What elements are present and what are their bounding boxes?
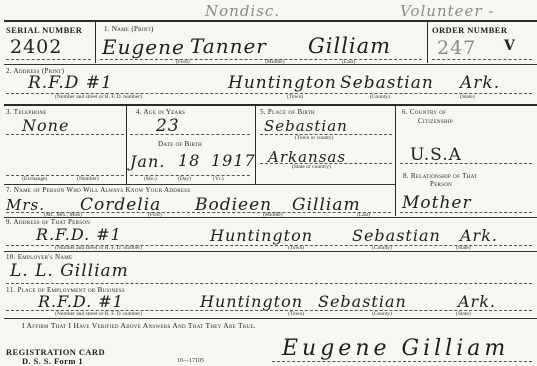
registration-card: Nondisc. Volunteer - SERIAL NUMBER 1. Na… [0, 0, 537, 366]
state-sublabel: (State) [460, 94, 475, 100]
address-county-value: Sebastian [340, 73, 434, 93]
divider [4, 318, 537, 319]
employment-county-value: Sebastian [318, 292, 407, 311]
divider [4, 251, 537, 252]
town-or-county-sublabel: (Town or county) [295, 135, 333, 141]
contact-person-label: 7. Name of Person Who Will Always Know Y… [6, 186, 190, 194]
entry-line [6, 59, 91, 60]
address-state-value: Ark. [460, 73, 500, 93]
divider [427, 20, 428, 63]
form-id: D. S. S. Form 1 [22, 356, 83, 366]
entry-line [6, 283, 532, 284]
employer-name-label: 10. Employer's Name [6, 253, 72, 261]
signature-value: Eugene Gilliam [282, 336, 509, 361]
country-of-citizenship-label-2: Citizenship [418, 117, 453, 125]
order-number-mark: V [504, 38, 516, 54]
age-value: 23 [156, 116, 180, 136]
name-middle-value: Tanner [190, 34, 267, 58]
serial-number-value: 2402 [10, 36, 62, 58]
day-sublabel: (Day) [178, 176, 191, 182]
contact-county-value: Sebastian [352, 226, 441, 245]
entry-line [400, 163, 532, 164]
signature-line [272, 361, 532, 362]
citizenship-value: U.S.A [410, 145, 462, 165]
contact-street-value: R.F.D. #1 [36, 225, 122, 244]
dob-day-value: 18 [178, 151, 200, 170]
order-number-label: ORDER NUMBER [432, 25, 507, 35]
divider [4, 64, 537, 65]
telephone-label: 3. Telephone [6, 108, 47, 116]
address-street-value: R.F.D #1 [28, 73, 113, 93]
entry-line [6, 134, 124, 135]
relationship-label: 8. Relationship of That [403, 172, 477, 180]
annotation-nondisc: Nondisc. [205, 2, 280, 20]
entry-line [130, 134, 250, 135]
divider [4, 20, 537, 22]
street-sublabel-employment: (Number and street or R. F. D. number) [55, 311, 142, 317]
name-label: 1. Name (Print) [104, 25, 154, 33]
county-sublabel-employment: (County) [372, 311, 392, 317]
divider [95, 20, 96, 63]
employment-state-value: Ark. [458, 292, 496, 311]
divider [4, 184, 395, 185]
birth-town-value: Sebastian [264, 117, 348, 135]
serial-number-label: SERIAL NUMBER [6, 25, 82, 35]
divider [126, 104, 127, 184]
place-of-birth-label: 5. Place of Birth [260, 108, 315, 116]
divider [255, 104, 256, 184]
town-sublabel: (Town) [287, 94, 303, 100]
mo-sublabel: (Mo.) [144, 176, 157, 182]
divider [395, 104, 396, 216]
date-of-birth-label: Date of Birth [158, 140, 202, 148]
yr-sublabel: (Yr.) [213, 176, 224, 182]
name-first-value: Eugene [102, 35, 185, 59]
entry-line [432, 59, 532, 60]
age-label: 4. Age in Years [136, 108, 185, 116]
divider [4, 104, 537, 106]
address-town-value: Huntington [228, 73, 337, 93]
employer-value: L. L. Gilliam [10, 261, 129, 281]
telephone-value: None [22, 116, 69, 135]
name-last-value: Gilliam [308, 34, 391, 58]
country-of-citizenship-label: 6. Country of [402, 108, 446, 116]
number-sublabel: (Number) [77, 176, 99, 182]
exchange-sublabel: (Exchange) [22, 176, 47, 182]
contact-town-value: Huntington [210, 226, 313, 245]
form-number: 10—17105 [177, 358, 204, 364]
employment-town-value: Huntington [200, 292, 303, 311]
annotation-volunteer: Volunteer - [400, 2, 494, 20]
state-or-country-sublabel: (State or country) [292, 164, 331, 170]
entry-line [100, 59, 422, 60]
state-sublabel-employment: (State) [456, 311, 471, 317]
order-number-value: 247 [437, 37, 476, 59]
employment-street-value: R.F.D. #1 [38, 292, 124, 311]
dob-year-value: 1917 [211, 151, 256, 170]
entry-line [400, 212, 532, 213]
town-sublabel-employment: (Town) [288, 311, 304, 317]
contact-state-value: Ark. [460, 226, 498, 245]
county-sublabel: (County) [370, 94, 390, 100]
relationship-value: Mother [402, 193, 472, 213]
relationship-label-2: Person [430, 180, 452, 188]
affirmation-text: I Affirm That I Have Verified Above Answ… [22, 321, 256, 330]
dob-month-value: Jan. [130, 152, 165, 171]
street-sublabel: (Number and street or R. F. D. number) [55, 94, 142, 100]
